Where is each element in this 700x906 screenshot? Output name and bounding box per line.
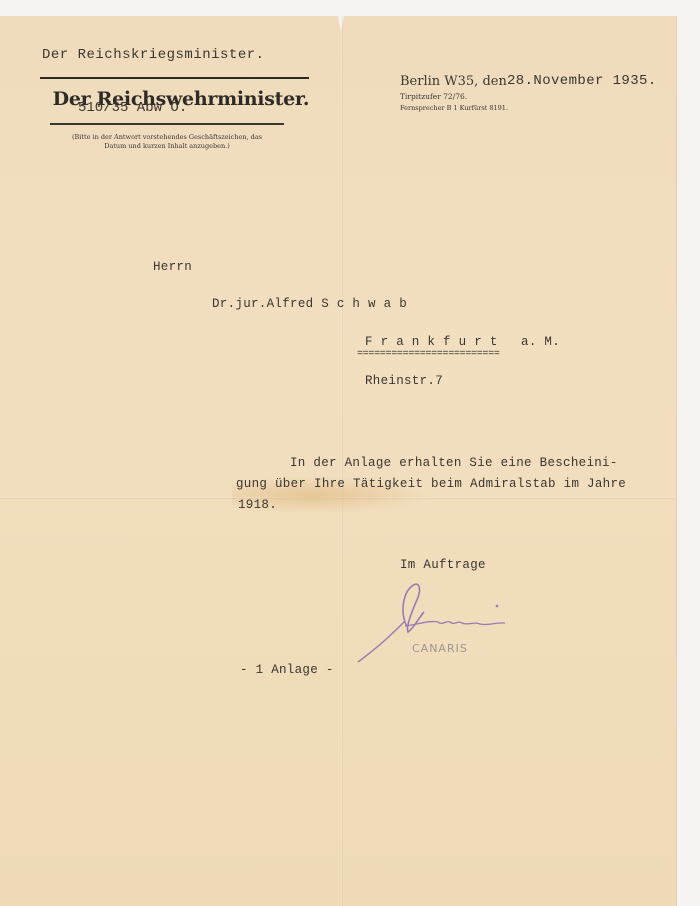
recipient-street: Rheinstr.7 bbox=[365, 374, 443, 388]
date: 28.November 1935. bbox=[507, 73, 657, 89]
salutation: Herrn bbox=[153, 260, 192, 274]
enclosure-note: - 1 Anlage - bbox=[240, 663, 334, 677]
place: Berlin W35, den bbox=[400, 74, 507, 89]
recipient-name: Dr.jur.Alfred S c h w a b bbox=[212, 297, 407, 311]
office-address: Tirpitzufer 72/76. bbox=[400, 92, 467, 101]
on-behalf-label: Im Auftrage bbox=[400, 558, 486, 572]
body-line-3: 1918. bbox=[238, 498, 277, 512]
office-phone: Fernsprecher B 1 Kurfürst 8191. bbox=[400, 104, 508, 112]
body-line-2: gung über Ihre Tätigkeit beim Admiralsta… bbox=[236, 477, 626, 491]
recipient-city: F r a n k f u r t a. M. bbox=[365, 335, 560, 349]
pencil-name-annotation: CANARIS bbox=[412, 642, 468, 655]
reference-number: 510/35 Abw O. bbox=[78, 100, 187, 116]
strikethrough-line bbox=[40, 77, 309, 79]
city-underline: ========================= bbox=[357, 349, 500, 360]
letterhead-rule bbox=[50, 123, 284, 125]
ministry-title: Der Reichskriegsminister. bbox=[42, 47, 265, 63]
body-line-1: In der Anlage erhalten Sie eine Beschein… bbox=[290, 456, 618, 470]
reply-instructions: (Bitte in der Antwort vorstehendes Gesch… bbox=[62, 133, 272, 151]
